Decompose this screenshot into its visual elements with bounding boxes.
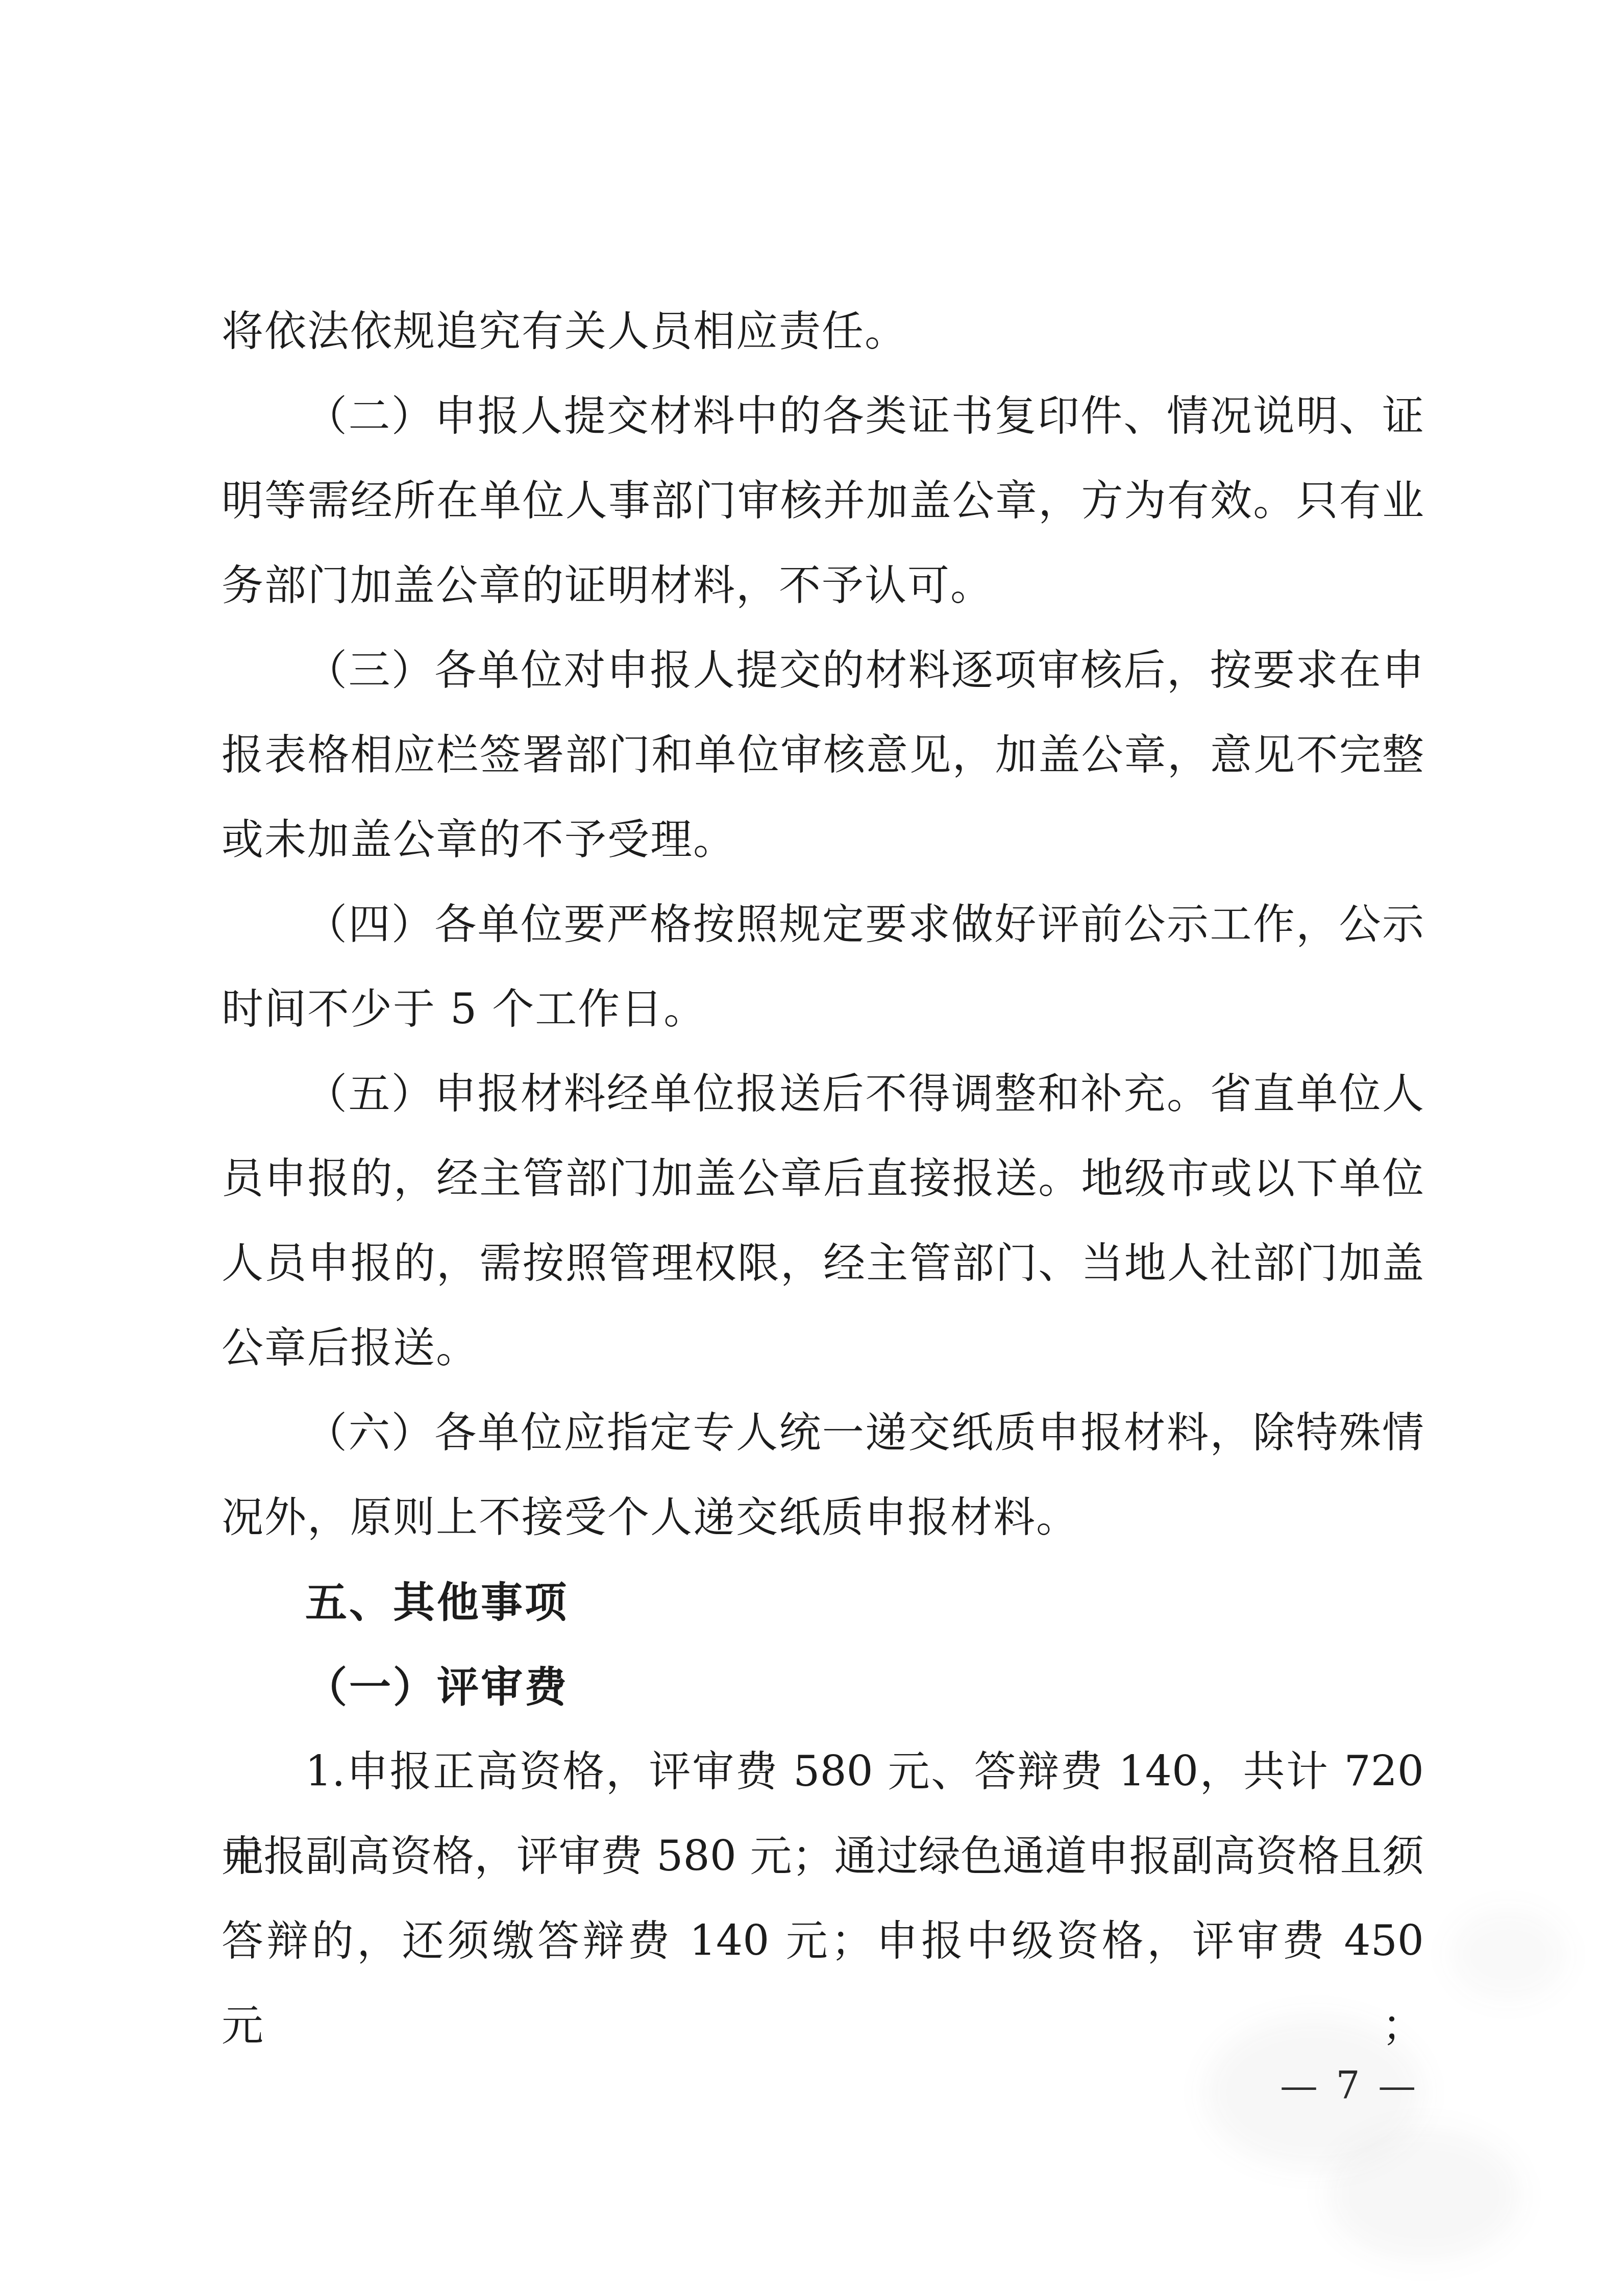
scan-smudge bbox=[1327, 2128, 1521, 2261]
document-body: 将依法依规追究有关人员相应责任。（二）申报人提交材料中的各类证书复印件、情况说明… bbox=[222, 289, 1424, 1984]
text-line: 时间不少于 5 个工作日。 bbox=[222, 967, 1424, 1052]
document-page: 将依法依规追究有关人员相应责任。（二）申报人提交材料中的各类证书复印件、情况说明… bbox=[0, 0, 1624, 2292]
text-line: 五、其他事项 bbox=[222, 1560, 1424, 1645]
scanned-document-page: { "page": { "background": "#ffffff", "te… bbox=[0, 0, 1624, 2292]
text-line: 员申报的，经主管部门加盖公章后直接报送。地级市或以下单位 bbox=[222, 1137, 1424, 1221]
text-line: 申报副高资格，评审费 580 元；通过绿色通道申报副高资格且须 bbox=[222, 1814, 1424, 1899]
text-line: （三）各单位对申报人提交的材料逐项审核后，按要求在申 bbox=[222, 628, 1424, 713]
scan-smudge bbox=[1449, 1909, 1567, 2001]
text-line: （一）评审费 bbox=[222, 1645, 1424, 1730]
text-line: 或未加盖公章的不予受理。 bbox=[222, 798, 1424, 882]
text-line: （二）申报人提交材料中的各类证书复印件、情况说明、证 bbox=[222, 374, 1424, 459]
text-line: 人员申报的，需按照管理权限，经主管部门、当地人社部门加盖 bbox=[222, 1221, 1424, 1306]
text-line: （六）各单位应指定专人统一递交纸质申报材料，除特殊情 bbox=[222, 1391, 1424, 1475]
text-line: （四）各单位要严格按照规定要求做好评前公示工作，公示 bbox=[222, 882, 1424, 967]
page-number: — 7 — bbox=[1280, 2058, 1419, 2114]
text-line: 报表格相应栏签署部门和单位审核意见，加盖公章，意见不完整 bbox=[222, 713, 1424, 798]
text-line: （五）申报材料经单位报送后不得调整和补充。省直单位人 bbox=[222, 1052, 1424, 1137]
text-line: 1.申报正高资格，评审费 580 元、答辩费 140，共计 720 元； bbox=[222, 1730, 1424, 1814]
text-line: 明等需经所在单位人事部门审核并加盖公章，方为有效。只有业 bbox=[222, 459, 1424, 544]
text-line: 答辩的，还须缴答辩费 140 元；申报中级资格，评审费 450 元； bbox=[222, 1899, 1424, 1984]
text-line: 况外，原则上不接受个人递交纸质申报材料。 bbox=[222, 1475, 1424, 1560]
text-line: 将依法依规追究有关人员相应责任。 bbox=[222, 289, 1424, 374]
text-line: 务部门加盖公章的证明材料，不予认可。 bbox=[222, 544, 1424, 628]
text-line: 公章后报送。 bbox=[222, 1306, 1424, 1391]
